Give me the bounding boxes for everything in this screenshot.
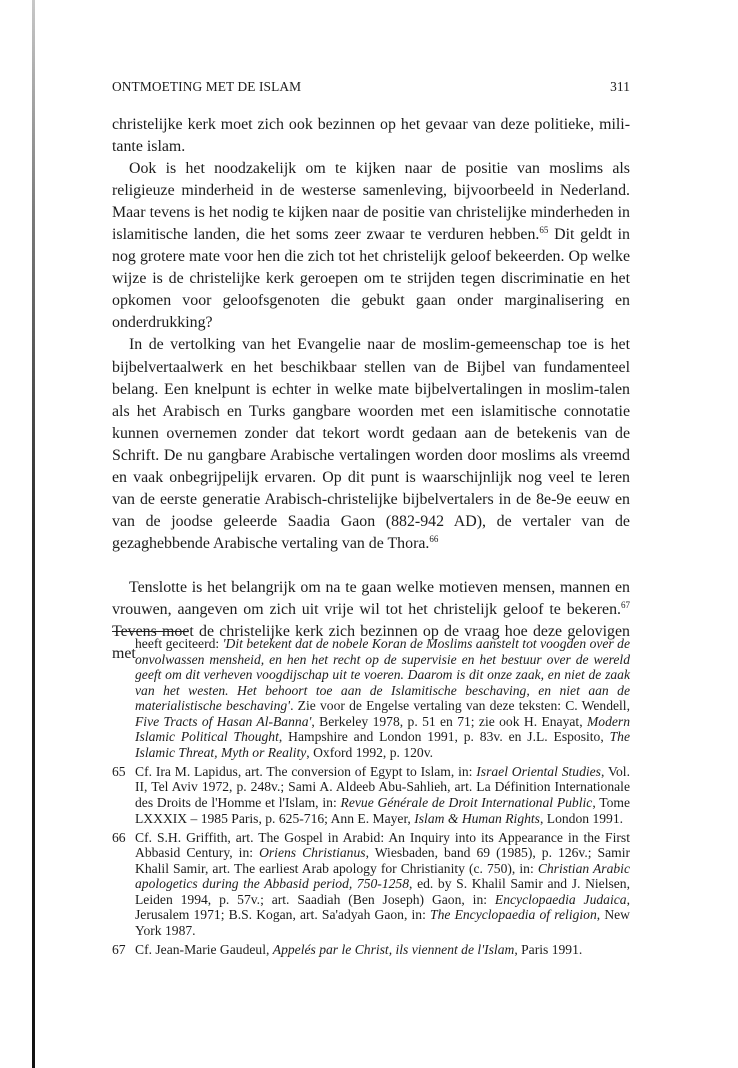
footnote-65: 65 Cf. Ira M. Lapidus, art. The conversi…	[112, 764, 630, 826]
footnote-continued: heeft geciteerd: 'Dit betekent dat de no…	[112, 636, 630, 760]
running-head: ONTMOETING MET DE ISLAM 311	[112, 79, 630, 95]
footnote-66: 66 Cf. S.H. Griffith, art. The Gospel in…	[112, 830, 630, 939]
scan-page-edge	[32, 0, 35, 1068]
body-text: christelijke kerk moet zich ook bezinnen…	[112, 114, 630, 665]
footnote-ref-66[interactable]: 66	[429, 534, 438, 544]
paragraph-3: In de vertolking van het Evangelie naar …	[112, 334, 630, 554]
page-number: 311	[610, 79, 630, 95]
footnote-number: 66	[112, 830, 126, 846]
running-head-title: ONTMOETING MET DE ISLAM	[112, 79, 301, 95]
footnote-67: 67 Cf. Jean-Marie Gaudeul, Appelés par l…	[112, 942, 630, 958]
paragraph-1: christelijke kerk moet zich ook bezinnen…	[112, 114, 630, 158]
paragraph-2: Ook is het noodzakelijk om te kijken naa…	[112, 158, 630, 334]
footnote-separator	[112, 631, 188, 632]
footnote-number: 65	[112, 764, 126, 780]
footnote-ref-67[interactable]: 67	[621, 600, 630, 610]
footnote-number: 67	[112, 942, 126, 958]
footnotes: heeft geciteerd: 'Dit betekent dat de no…	[112, 636, 630, 961]
